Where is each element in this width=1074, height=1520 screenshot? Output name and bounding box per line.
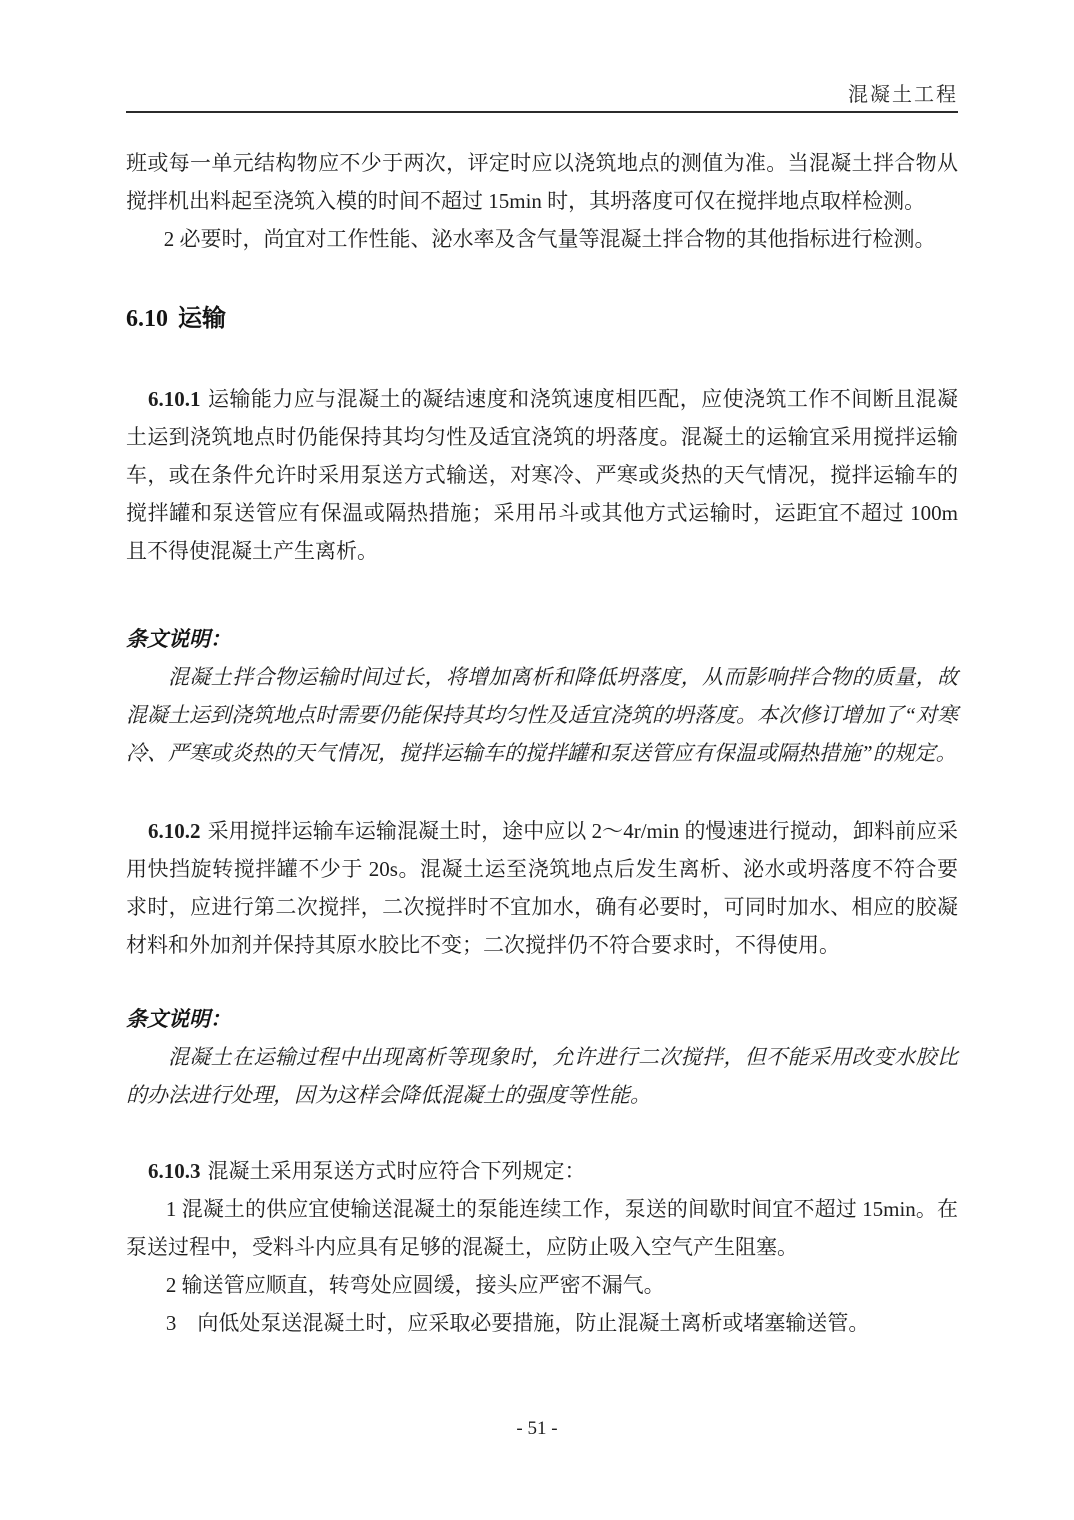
section-number: 6.10 [126, 306, 168, 332]
clause-6-10-3-number: 6.10.3 [148, 1159, 208, 1183]
explanation-1-text: 混凝土拌合物运输时间过长，将增加离析和降低坍落度，从而影响拌合物的质量，故混凝土… [126, 658, 958, 772]
clause-6-10-3-item-1: 1 混凝土的供应宜使输送混凝土的泵能连续工作，泵送的间歇时间宜不超过 15min… [126, 1190, 958, 1266]
clause-6-10-1: 6.10.1运输能力应与混凝土的凝结速度和浇筑速度相匹配，应使浇筑工作不间断且混… [126, 380, 958, 570]
clause-6-10-3: 6.10.3混凝土采用泵送方式时应符合下列规定： [126, 1152, 958, 1190]
page-footer: - 51 - [0, 1418, 1074, 1440]
clause-6-10-1-number: 6.10.1 [148, 387, 208, 411]
explanation-2-text: 混凝土在运输过程中出现离析等现象时，允许进行二次搅拌，但不能采用改变水胶比的办法… [126, 1038, 958, 1114]
paragraph-intro-item-2: 2 必要时，尚宜对工作性能、泌水率及含气量等混凝土拌合物的其他指标进行检测。 [126, 220, 958, 258]
page-number: - 51 - [516, 1418, 557, 1439]
clause-6-10-2: 6.10.2采用搅拌运输车运输混凝土时，途中应以 2～4r/min 的慢速进行搅… [126, 812, 958, 964]
clause-6-10-3-item-3: 3 向低处泵送混凝土时，应采取必要措施，防止混凝土离析或堵塞输送管。 [126, 1304, 958, 1342]
clause-6-10-2-number: 6.10.2 [148, 819, 208, 843]
header-rule [126, 111, 958, 113]
clause-6-10-3-item-2: 2 输送管应顺直，转弯处应圆缓，接头应严密不漏气。 [126, 1266, 958, 1304]
explanation-2-heading: 条文说明： [126, 1000, 958, 1038]
section-title: 运输 [178, 306, 226, 332]
paragraph-continuation: 班或每一单元结构物应不少于两次，评定时应以浇筑地点的测值为准。当混凝土拌合物从搅… [126, 144, 958, 220]
running-header-title: 混凝土工程 [126, 84, 958, 106]
document-page: 混凝土工程 班或每一单元结构物应不少于两次，评定时应以浇筑地点的测值为准。当混凝… [0, 0, 1074, 1520]
clause-6-10-2-text: 采用搅拌运输车运输混凝土时，途中应以 2～4r/min 的慢速进行搅动，卸料前应… [126, 819, 958, 957]
page-header: 混凝土工程 [126, 0, 958, 113]
clause-6-10-3-text: 混凝土采用泵送方式时应符合下列规定： [208, 1159, 586, 1183]
section-heading: 6.10运输 [126, 304, 958, 334]
explanation-1-heading: 条文说明： [126, 620, 958, 658]
page-body: 班或每一单元结构物应不少于两次，评定时应以浇筑地点的测值为准。当混凝土拌合物从搅… [126, 144, 958, 1342]
clause-6-10-1-text: 运输能力应与混凝土的凝结速度和浇筑速度相匹配，应使浇筑工作不间断且混凝土运到浇筑… [126, 387, 958, 563]
